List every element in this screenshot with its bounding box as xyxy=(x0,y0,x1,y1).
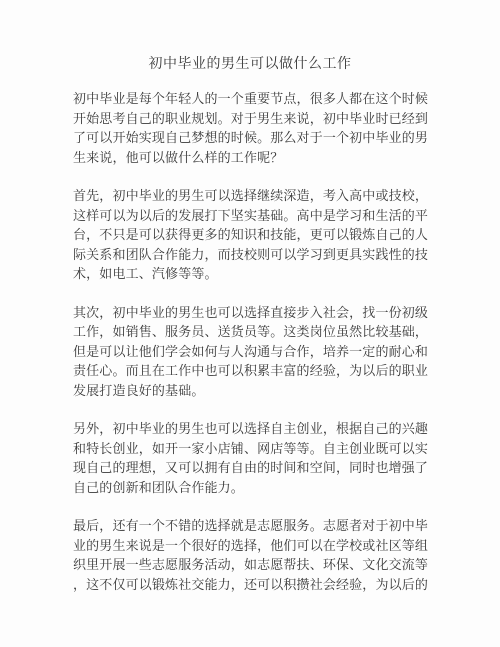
text-line: 自己的创新和团队合作能力。 xyxy=(73,478,428,498)
text-line: 际关系和团队合作能力，而技校则可以学习到更具实践性的技 xyxy=(73,245,428,265)
text-line: 业的男生来说是一个很好的选择，他们可以在学校或社区等组 xyxy=(73,536,428,556)
paragraph-second-option: 其次，初中毕业的男生也可以选择直接步入社会，找一份初级 工作，如销售、服务员、送… xyxy=(73,303,428,401)
text-line: 但是可以让他们学会如何与人沟通与合作，培养一定的耐心和 xyxy=(73,342,428,362)
text-line: 其次，初中毕业的男生也可以选择直接步入社会，找一份初级 xyxy=(73,303,428,323)
text-line: 和特长创业，如开一家小店铺、网店等等。自主创业既可以实 xyxy=(73,439,428,459)
text-line: 台，不只是可以获得更多的知识和技能，更可以锻炼自己的人 xyxy=(73,225,428,245)
text-line: 了可以开始实现自己梦想的时候。那么对于一个初中毕业的男 xyxy=(73,128,428,148)
text-line: 开始思考自己的职业规划。对于男生来说，初中毕业时已经到 xyxy=(73,109,428,129)
text-line: 责任心。而且在工作中也可以积累丰富的经验，为以后的职业 xyxy=(73,361,428,381)
document-body: 初中毕业是每个年轻人的一个重要节点，很多人都在这个时候 开始思考自己的职业规划。… xyxy=(0,75,500,594)
text-line: 首先，初中毕业的男生可以选择继续深造，考入高中或技校， xyxy=(73,186,428,206)
text-line: 现自己的理想，又可以拥有自由的时间和空间，同时也增强了 xyxy=(73,458,428,478)
text-line: 最后，还有一个不错的选择就是志愿服务。志愿者对于初中毕 xyxy=(73,516,428,536)
text-line: 工作，如销售、服务员、送货员等。这类岗位虽然比较基础， xyxy=(73,322,428,342)
paragraph-first-option: 首先，初中毕业的男生可以选择继续深造，考入高中或技校， 这样可以为以后的发展打下… xyxy=(73,186,428,284)
text-line: 发展打造良好的基础。 xyxy=(73,381,428,401)
text-line: 术，如电工、汽修等等。 xyxy=(73,264,428,284)
paragraph-intro: 初中毕业是每个年轻人的一个重要节点，很多人都在这个时候 开始思考自己的职业规划。… xyxy=(73,89,428,167)
text-line: 织里开展一些志愿服务活动，如志愿帮扶、环保、文化交流等 xyxy=(73,555,428,575)
text-line: 这样可以为以后的发展打下坚实基础。高中是学习和生活的平 xyxy=(73,206,428,226)
page-title: 初中毕业的男生可以做什么工作 xyxy=(0,0,500,75)
paragraph-third-option: 另外，初中毕业的男生也可以选择自主创业，根据自己的兴趣 和特长创业，如开一家小店… xyxy=(73,419,428,497)
text-line: 另外，初中毕业的男生也可以选择自主创业，根据自己的兴趣 xyxy=(73,419,428,439)
document-page: 初中毕业的男生可以做什么工作 初中毕业是每个年轻人的一个重要节点，很多人都在这个… xyxy=(0,0,500,647)
text-line: 初中毕业是每个年轻人的一个重要节点，很多人都在这个时候 xyxy=(73,89,428,109)
paragraph-fourth-option: 最后，还有一个不错的选择就是志愿服务。志愿者对于初中毕 业的男生来说是一个很好的… xyxy=(73,516,428,594)
text-line: 生来说，他可以做什么样的工作呢？ xyxy=(73,148,428,168)
text-line: ，这不仅可以锻炼社交能力，还可以积攒社会经验，为以后的 xyxy=(73,575,428,595)
